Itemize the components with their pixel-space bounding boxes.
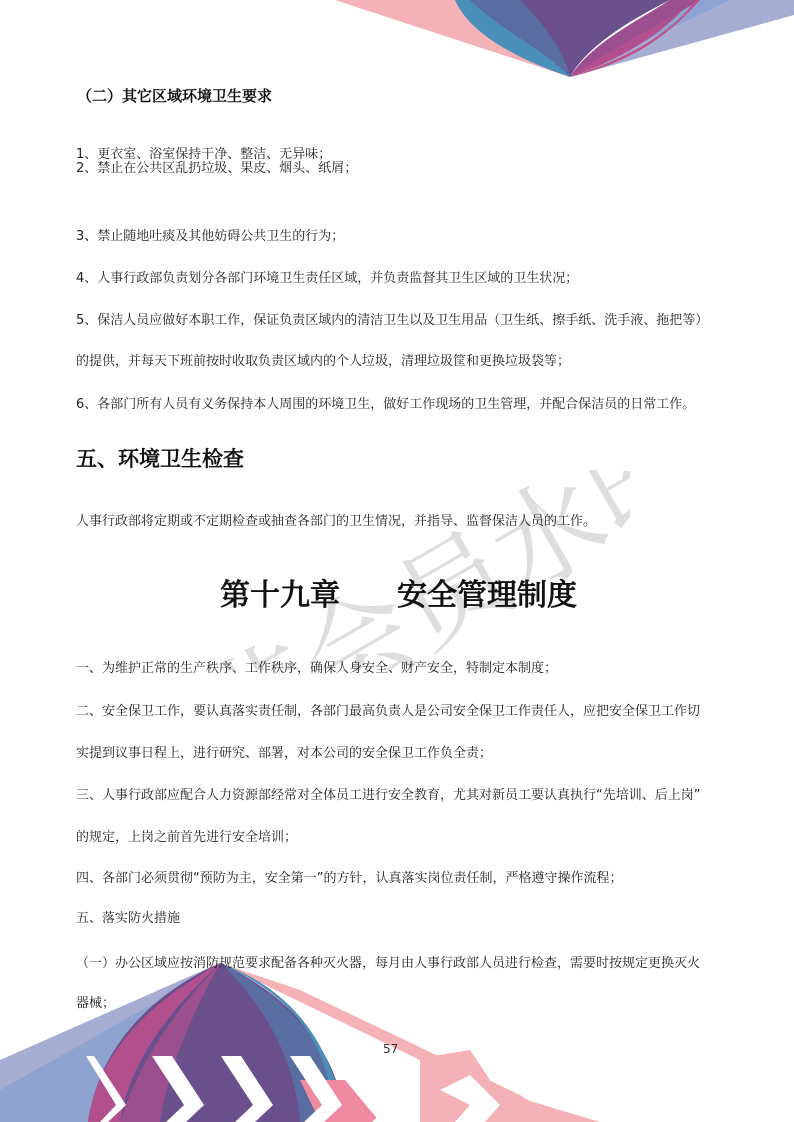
- list-item: 3、禁止随地吐痰及其他妨碍公共卫生的行为；: [76, 229, 344, 245]
- document-page: （二）其它区域环境卫生要求 1、更衣室、浴室保持干净、整洁、无异味； 2、禁止在…: [0, 0, 794, 1122]
- paragraph-line: 五、落实防火措施: [76, 911, 180, 927]
- section-heading: 五、环境卫生检查: [76, 451, 244, 467]
- list-item: 4、人事行政部负责划分各部门环境卫生责任区域，并负责监督其卫生区域的卫生状况；: [76, 271, 578, 287]
- paragraph-line: 的规定，上岗之前首先进行安全培训；: [76, 830, 297, 846]
- paragraph-line: 三、人事行政部应配合人力资源部经常对全体员工进行安全教育，尤其对新员工要认真执行…: [76, 788, 700, 804]
- paragraph-line: 四、各部门必须贯彻“预防为主，安全第一”的方针，认真落实岗位责任制，严格遵守操作…: [76, 871, 622, 887]
- page-number: 57: [383, 1042, 398, 1056]
- list-item: 6、各部门所有人员有义务保持本人周围的环境卫生，做好工作现场的卫生管理，并配合保…: [76, 397, 695, 413]
- list-item: 2、禁止在公共区乱扔垃圾、果皮、烟头、纸屑；: [76, 161, 357, 177]
- paragraph-line: 器械；: [76, 996, 115, 1012]
- paragraph-line: （一）办公区域应按消防规范要求配备各种灭火器，每月由人事行政部人员进行检查，需要…: [76, 956, 700, 972]
- paragraph-line: 二、安全保卫工作，要认真落实责任制，各部门最高负责人是公司安全保卫工作责任人，应…: [76, 704, 700, 720]
- list-item: 5、保洁人员应做好本职工作，保证负责区域内的清洁卫生以及卫生用品（卫生纸、擦手纸…: [76, 313, 708, 329]
- chapter-number: 第十九章: [220, 578, 340, 614]
- paragraph-line: 实提到议事日程上，进行研究、部署，对本公司的安全保卫工作负全责；: [76, 746, 492, 762]
- paragraph: 人事行政部将定期或不定期检查或抽查各部门的卫生情况，并指导、监督保洁人员的工作。: [76, 514, 596, 530]
- chapter-title: 安全管理制度: [397, 578, 577, 614]
- paragraph-line: 一、为维护正常的生产秩序、工作秩序，确保人身安全、财产安全，特制定本制度；: [76, 661, 557, 677]
- subsection-heading: （二）其它区域环境卫生要求: [77, 88, 272, 104]
- list-item-continued: 的提供，并每天下班前按时收取负责区域内的个人垃圾，清理垃圾筐和更换垃圾袋等；: [76, 354, 570, 370]
